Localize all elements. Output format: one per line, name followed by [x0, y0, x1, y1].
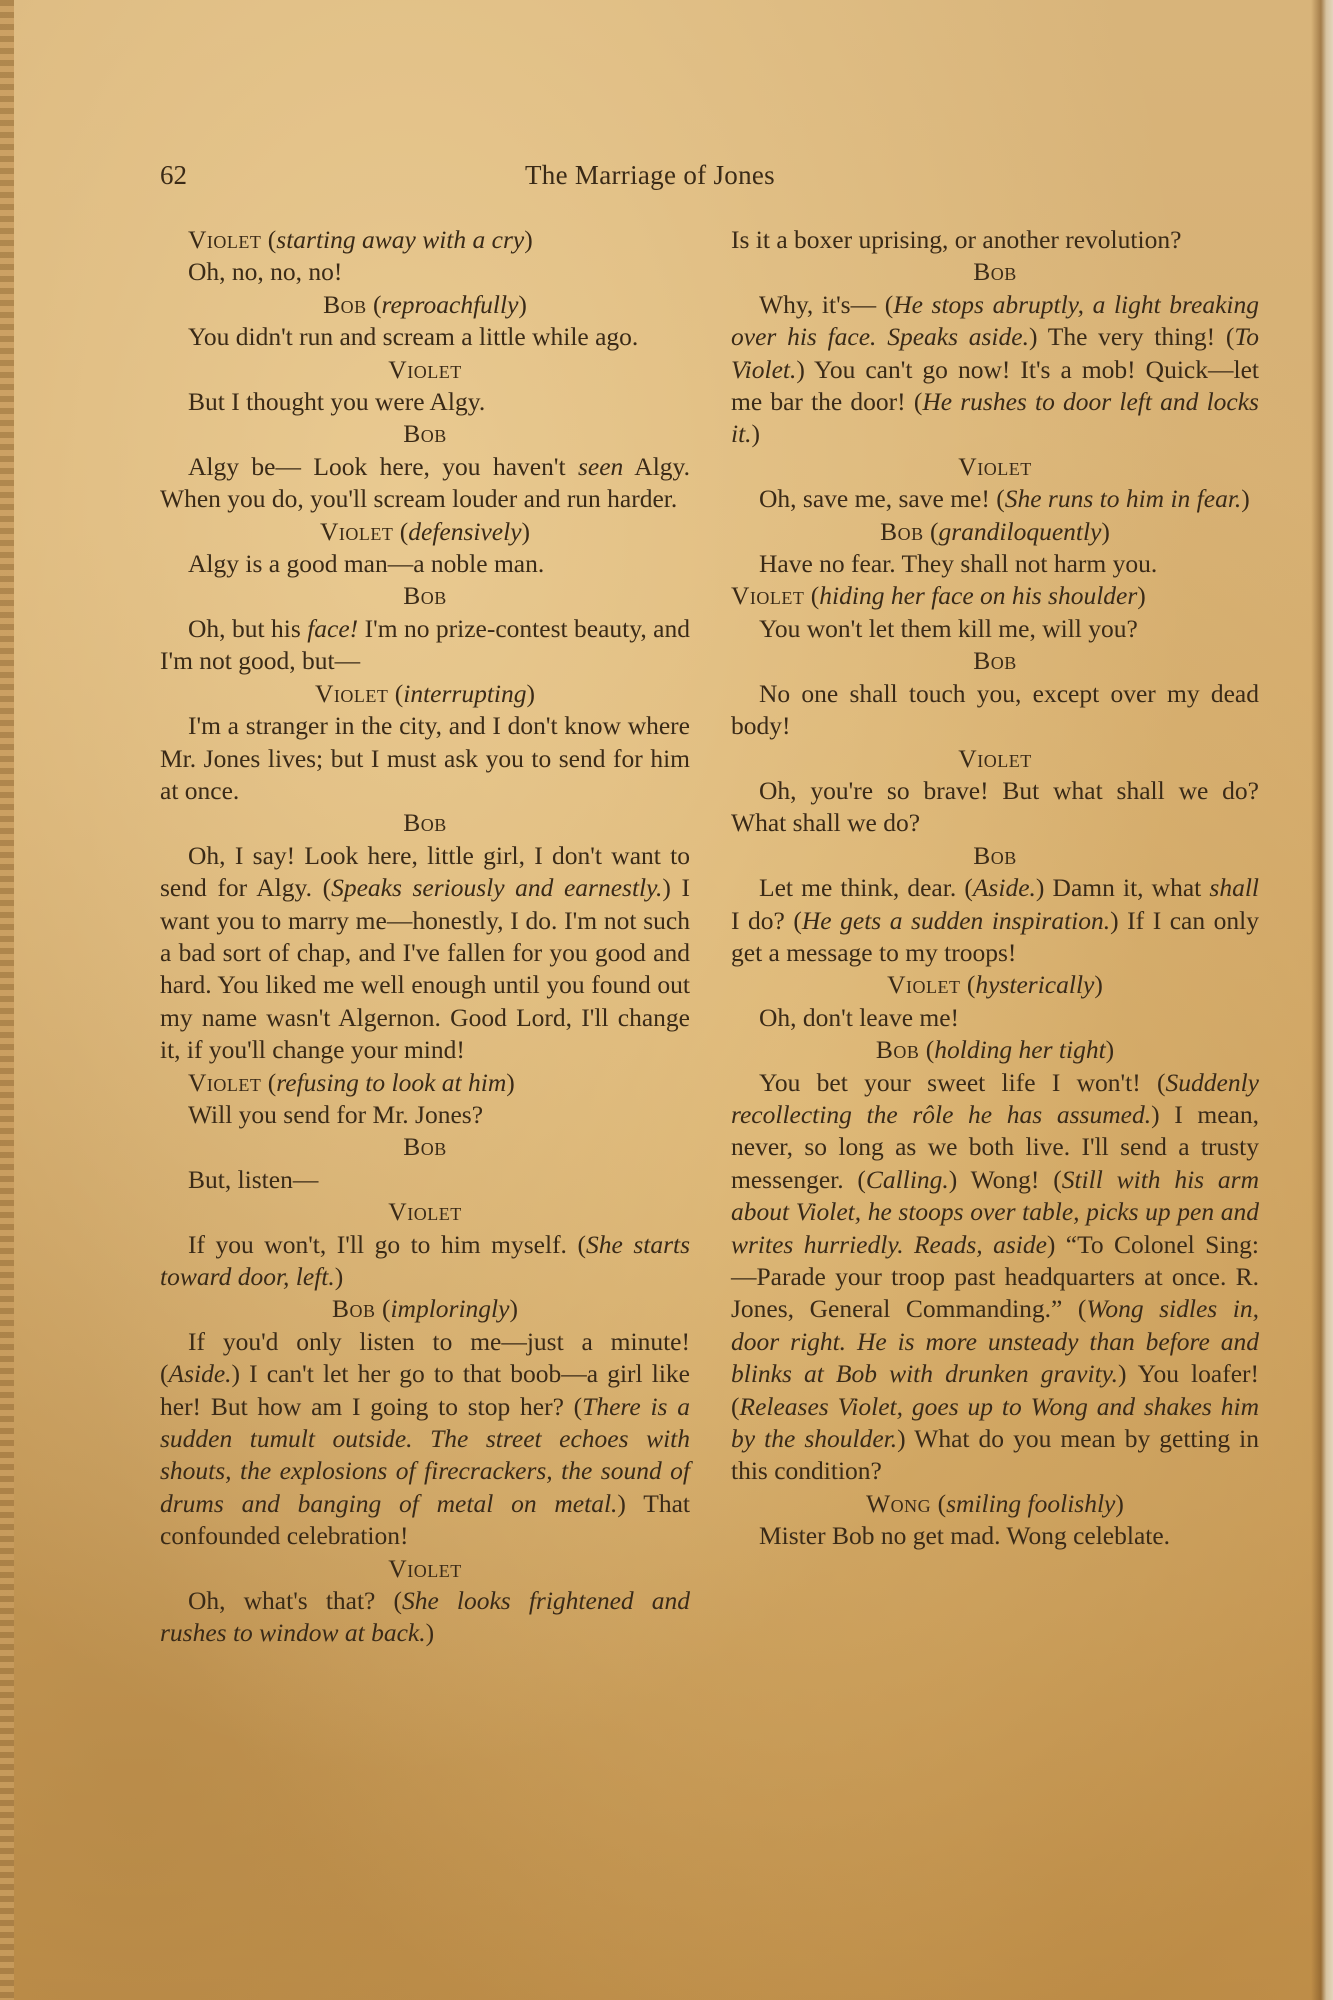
dialogue-paragraph: You won't let them kill me, will you? [731, 613, 1259, 645]
dialogue-paragraph: Oh, I say! Look here, little girl, I don… [160, 840, 690, 1067]
speaker-name: Bob [332, 1294, 376, 1323]
speaker-heading: Bob [160, 418, 690, 450]
speaker-heading: Bob [731, 645, 1259, 677]
stage-direction: seen [578, 452, 623, 481]
dialogue-paragraph: No one shall touch you, except over my d… [731, 678, 1259, 743]
speaker-heading: Bob [731, 840, 1259, 872]
speaker-name: Violet [388, 1554, 461, 1583]
dialogue-paragraph: But I thought you were Algy. [160, 386, 690, 418]
speaker-heading: Violet [160, 1196, 690, 1228]
dialogue-paragraph: You didn't run and scream a little while… [160, 321, 690, 353]
right-column: Is it a boxer uprising, or another revol… [731, 224, 1259, 1553]
speaker-name: Violet [887, 970, 960, 999]
speaker-heading: Bob [160, 1131, 690, 1163]
dialogue-paragraph: Oh, what's that? (She looks frightened a… [160, 1585, 690, 1650]
dialogue-paragraph: Have no fear. They shall not harm you. [731, 548, 1259, 580]
speaker-heading: Violet (defensively) [160, 516, 690, 548]
stage-direction: Speaks seriously and earnestly. [331, 873, 662, 902]
dialogue-paragraph: Oh, save me, save me! (She runs to him i… [731, 483, 1259, 515]
speaker-heading: Wong (smiling foolishly) [731, 1488, 1259, 1520]
speaker-heading: Violet (starting away with a cry) [160, 224, 690, 256]
stage-direction: Calling. [866, 1165, 949, 1194]
stage-direction: Aside. [169, 1359, 232, 1388]
stage-direction: (interrupting) [388, 679, 535, 708]
speaker-heading: Violet [731, 743, 1259, 775]
speaker-name: Bob [403, 1132, 447, 1161]
speaker-heading: Violet [731, 451, 1259, 483]
book-page: 62 The Marriage of Jones Violet (startin… [0, 0, 1333, 2000]
speaker-name: Violet [315, 679, 388, 708]
speaker-heading: Violet (refusing to look at him) [160, 1067, 690, 1099]
stage-direction: (refusing to look at him) [261, 1068, 514, 1097]
dialogue-paragraph: I'm a stranger in the city, and I don't … [160, 710, 690, 807]
dialogue-paragraph: You bet your sweet life I won't! (Sudden… [731, 1067, 1259, 1488]
speaker-heading: Bob [731, 256, 1259, 288]
speaker-name: Violet [188, 225, 261, 254]
page-torn-edge [1311, 0, 1333, 2000]
stage-direction: (grandiloquently) [924, 517, 1110, 546]
speaker-heading: Violet [160, 1553, 690, 1585]
speaker-heading: Bob (reproachfully) [160, 289, 690, 321]
dialogue-paragraph: Algy be— Look here, you haven't seen Alg… [160, 451, 690, 516]
stage-direction: (holding her tight) [919, 1035, 1114, 1064]
speaker-name: Violet [958, 452, 1031, 481]
running-header: 62 The Marriage of Jones [160, 160, 1260, 200]
dialogue-paragraph: If you'd only listen to me—just a minute… [160, 1326, 690, 1553]
dialogue-paragraph: But, listen— [160, 1164, 690, 1196]
stage-direction: shall [1209, 873, 1259, 902]
stage-direction: (hysterically) [961, 970, 1103, 999]
stage-direction: He gets a sudden inspiration. [802, 906, 1110, 935]
speaker-heading: Bob (grandiloquently) [731, 516, 1259, 548]
speaker-heading: Bob (holding her tight) [731, 1034, 1259, 1066]
dialogue-paragraph: Algy is a good man—a noble man. [160, 548, 690, 580]
dialogue-paragraph: Will you send for Mr. Jones? [160, 1099, 690, 1131]
speaker-name: Violet [958, 744, 1031, 773]
speaker-name: Bob [323, 290, 367, 319]
running-title: The Marriage of Jones [525, 160, 775, 191]
speaker-name: Violet [731, 581, 804, 610]
speaker-heading: Violet [160, 354, 690, 386]
stage-direction: (smiling foolishly) [931, 1489, 1124, 1518]
speaker-name: Bob [403, 419, 447, 448]
page-binding-edge [0, 0, 14, 2000]
speaker-name: Wong [866, 1489, 931, 1518]
speaker-name: Violet [388, 1197, 461, 1226]
stage-direction: (imploringly) [376, 1294, 518, 1323]
dialogue-paragraph: Mister Bob no get mad. Wong celeblate. [731, 1520, 1259, 1552]
speaker-heading: Bob (imploringly) [160, 1293, 690, 1325]
dialogue-paragraph: Oh, you're so brave! But what shall we d… [731, 775, 1259, 840]
stage-direction: face! [307, 614, 358, 643]
left-column: Violet (starting away with a cry)Oh, no,… [160, 224, 690, 1650]
dialogue-paragraph: Let me think, dear. (Aside.) Damn it, wh… [731, 872, 1259, 969]
speaker-heading: Violet (interrupting) [160, 678, 690, 710]
dialogue-paragraph: Oh, but his face! I'm no prize-contest b… [160, 613, 690, 678]
dialogue-paragraph: Why, it's— (He stops abruptly, a light b… [731, 289, 1259, 451]
speaker-name: Violet [188, 1068, 261, 1097]
speaker-name: Violet [388, 355, 461, 384]
dialogue-paragraph: Is it a boxer uprising, or another revol… [731, 224, 1259, 256]
dialogue-paragraph: If you won't, I'll go to him myself. (Sh… [160, 1229, 690, 1294]
stage-direction: (starting away with a cry) [261, 225, 532, 254]
stage-direction: She runs to him in fear. [1005, 484, 1242, 513]
stage-direction: (reproachfully) [367, 290, 527, 319]
stage-direction: Aside. [973, 873, 1036, 902]
speaker-name: Bob [973, 841, 1017, 870]
speaker-name: Bob [403, 808, 447, 837]
speaker-heading: Violet (hiding her face on his shoulder) [731, 580, 1259, 612]
stage-direction: (hiding her face on his shoulder) [804, 581, 1145, 610]
stage-direction: (defensively) [393, 517, 530, 546]
speaker-name: Bob [876, 1035, 920, 1064]
speaker-heading: Bob [160, 580, 690, 612]
speaker-heading: Violet (hysterically) [731, 969, 1259, 1001]
page-number: 62 [160, 160, 187, 191]
speaker-name: Bob [880, 517, 924, 546]
speaker-name: Violet [320, 517, 393, 546]
speaker-heading: Bob [160, 807, 690, 839]
dialogue-paragraph: Oh, don't leave me! [731, 1002, 1259, 1034]
speaker-name: Bob [973, 646, 1017, 675]
speaker-name: Bob [973, 257, 1017, 286]
dialogue-paragraph: Oh, no, no, no! [160, 256, 690, 288]
speaker-name: Bob [403, 581, 447, 610]
